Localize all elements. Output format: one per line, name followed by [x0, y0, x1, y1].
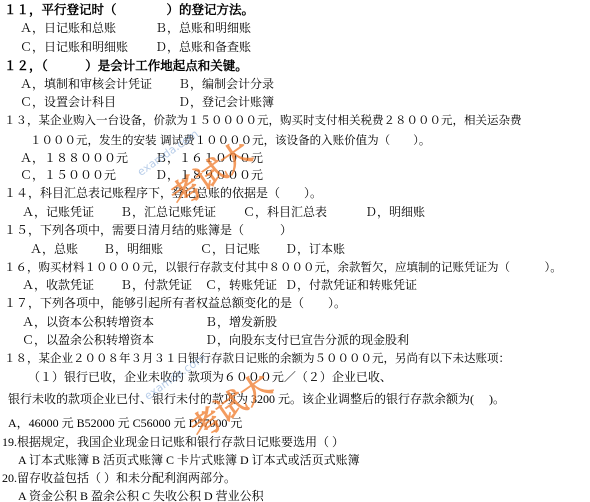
question-16-stem: １６，购买材料１００００元，以银行存款支付其中８０００元，余款暂欠，应填制的记账…	[4, 260, 562, 274]
question-18-stem-line2: （１）银行已收，企业未收的 款项为６０００元／（２）企业已收、	[28, 370, 392, 384]
question-11-option-d: Ｄ，总账和备查账	[155, 40, 251, 54]
question-17-option-a: Ａ，以资本公积转增资本	[22, 315, 154, 329]
question-14-option-c: Ｃ，科目汇总表	[243, 205, 327, 219]
question-15-stem: １５，下列各项中，需要日清月结的账簿是（ ）	[4, 223, 292, 237]
question-11-option-b: Ｂ，总账和明细账	[155, 21, 251, 35]
question-18-stem-line1: １８，某企业２００８年３月３１日银行存款日记账的余额为５００００元，另尚有以下未…	[4, 351, 510, 365]
question-17-option-c: Ｃ，以盈余公积转增资本	[22, 333, 154, 347]
question-18-options: A，46000 元 B52000 元 C56000 元 D57000 元	[8, 416, 242, 430]
question-14-option-b: Ｂ，汇总记账凭证	[120, 205, 216, 219]
question-16-option-a: Ａ，收款凭证	[22, 278, 94, 292]
question-11-stem: １１，平行登记时（ ）的登记方法。	[4, 3, 254, 17]
question-20-stem: 20.留存收益包括（ ）和未分配利润两部分。	[2, 471, 236, 485]
question-18-stem-line3: 银行未收的款项企业已付、银行未付的款项为 3200 元。该企业调整后的银行存款余…	[8, 392, 505, 406]
question-12-option-c: Ｃ，设置会计科目	[20, 95, 116, 109]
question-15-option-c: Ｃ，日记账	[200, 242, 260, 256]
question-14-option-a: Ａ，记账凭证	[22, 205, 94, 219]
question-15-option-d: Ｄ，订本账	[285, 242, 345, 256]
question-13-option-d: Ｄ，１８９０００元	[155, 168, 263, 182]
question-12-option-a: Ａ，填制和审核会计凭证	[20, 77, 152, 91]
question-20-options: A 资金公积 B 盈余公积 C 失收公积 D 营业公积	[18, 489, 264, 502]
question-19-stem: 19.根据规定，我国企业现金日记账和银行存款日记账要选用（ ）	[2, 435, 344, 449]
question-12-stem: １２，（ ）是会计工作地起点和关键。	[4, 59, 248, 73]
question-13-stem-line1: １３，某企业购入一台设备，价款为１５００００元，购买时支付相关税费２８０００元，…	[4, 113, 522, 127]
question-14-stem: １４，科目汇总表记账程序下，登记总账的依据是（ ）。	[4, 186, 322, 200]
question-15-option-a: Ａ，总账	[30, 242, 78, 256]
question-17-stem: １７，下列各项中，能够引起所有者权益总额变化的是（ ）。	[4, 296, 346, 310]
question-14-option-d: Ｄ，明细账	[365, 205, 425, 219]
question-16-option-d: Ｄ，付款凭证和转账凭证	[285, 278, 417, 292]
question-17-option-b: Ｂ，增发新股	[205, 315, 277, 329]
question-12-option-b: Ｂ，编制会计分录	[178, 77, 274, 91]
question-16-option-c: Ｃ，转账凭证	[205, 278, 277, 292]
question-16-option-b: Ｂ，付款凭证	[120, 278, 192, 292]
question-19-options: A 订本式账簿 B 活页式账簿 C 卡片式账簿 D 订本式或活页式账簿	[18, 453, 360, 467]
question-12-option-d: Ｄ，登记会计账簿	[178, 95, 274, 109]
question-15-option-b: Ｂ，明细账	[103, 242, 163, 256]
question-13-option-a: Ａ，１８８０００元	[20, 151, 128, 165]
question-11-option-a: Ａ，日记账和总账	[20, 21, 116, 35]
question-11-option-c: Ｃ，日记账和明细账	[20, 40, 128, 54]
question-13-option-b: Ｂ，１６１０００元	[155, 151, 263, 165]
question-13-option-c: Ｃ，１５０００元	[20, 168, 116, 182]
question-17-option-d: Ｄ，向股东支付已宣告分派的现金股利	[205, 333, 409, 347]
question-13-stem-line2: １０００元，发生的安装 调试费１００００元，该设备的入账价值为（ ）。	[30, 133, 430, 147]
